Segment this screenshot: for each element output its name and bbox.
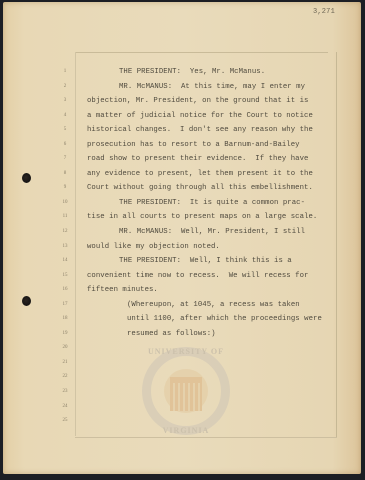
- transcript-line: until 1100, after which the proceedings …: [87, 312, 337, 327]
- line-number: 22: [58, 370, 72, 385]
- line-number: 12: [58, 225, 72, 240]
- line-number: 2: [58, 80, 72, 95]
- bottom-rule: [75, 437, 337, 438]
- transcript-line: any evidence to present, let them presen…: [87, 167, 337, 182]
- transcript-line: THE PRESIDENT: It is quite a common prac…: [87, 196, 337, 211]
- line-number: 19: [58, 327, 72, 342]
- transcript-line: historical changes. I don't see any reas…: [87, 123, 337, 138]
- line-number: 23: [58, 385, 72, 400]
- seal-text-top: UNIVERSITY OF: [142, 347, 230, 356]
- line-number: 7: [58, 152, 72, 167]
- line-number: 25: [58, 414, 72, 429]
- line-number-column: 1 2 3 4 5 6 7 8 9 10 11 12 13 14 15 16 1…: [58, 65, 72, 429]
- transcript-line: convenient time now to recess. We will r…: [87, 269, 337, 284]
- line-number: 5: [58, 123, 72, 138]
- line-number: 15: [58, 269, 72, 284]
- top-rule: [75, 52, 328, 53]
- transcript-body: THE PRESIDENT: Yes, Mr. McManus. MR. McM…: [87, 65, 337, 341]
- line-number: 18: [58, 312, 72, 327]
- line-number: 21: [58, 356, 72, 371]
- line-number: 3: [58, 94, 72, 109]
- transcript-line: MR. McMANUS: Well, Mr. President, I stil…: [87, 225, 337, 240]
- punch-hole-icon: [22, 296, 31, 306]
- transcript-line: (Whereupon, at 1045, a recess was taken: [87, 298, 337, 313]
- transcript-page: 3,271 1 2 3 4 5 6 7 8 9 10 11 12 13 14 1…: [3, 2, 361, 474]
- line-number: 16: [58, 283, 72, 298]
- transcript-line: fifteen minutes.: [87, 283, 337, 298]
- line-number: 14: [58, 254, 72, 269]
- transcript-line: objection, Mr. President, on the ground …: [87, 94, 337, 109]
- transcript-line: prosecution has to resort to a Barnum-an…: [87, 138, 337, 153]
- transcript-line: tise in all courts to present maps on a …: [87, 210, 337, 225]
- line-number: 9: [58, 181, 72, 196]
- transcript-line: resumed as follows:): [87, 327, 337, 342]
- left-margin-rule: [75, 52, 76, 436]
- punch-hole-icon: [22, 173, 31, 183]
- line-number: 4: [58, 109, 72, 124]
- transcript-line: a matter of judicial notice for the Cour…: [87, 109, 337, 124]
- university-seal-watermark: UNIVERSITY OF VIRGINIA: [142, 347, 230, 435]
- transcript-line: road show to present their evidence. If …: [87, 152, 337, 167]
- transcript-line: MR. McMANUS: At this time, may I enter m…: [87, 80, 337, 95]
- line-number: 24: [58, 400, 72, 415]
- rotunda-icon: [170, 377, 202, 411]
- line-number: 1: [58, 65, 72, 80]
- transcript-line: Court without going through all this emb…: [87, 181, 337, 196]
- line-number: 17: [58, 298, 72, 313]
- line-number: 11: [58, 210, 72, 225]
- transcript-line: THE PRESIDENT: Well, I think this is a: [87, 254, 337, 269]
- line-number: 10: [58, 196, 72, 211]
- seal-text-bottom: VIRGINIA: [142, 426, 230, 435]
- line-number: 20: [58, 341, 72, 356]
- page-number: 3,271: [313, 8, 335, 16]
- line-number: 13: [58, 240, 72, 255]
- line-number: 6: [58, 138, 72, 153]
- transcript-line: THE PRESIDENT: Yes, Mr. McManus.: [87, 65, 337, 80]
- line-number: 8: [58, 167, 72, 182]
- transcript-line: would like my objection noted.: [87, 240, 337, 255]
